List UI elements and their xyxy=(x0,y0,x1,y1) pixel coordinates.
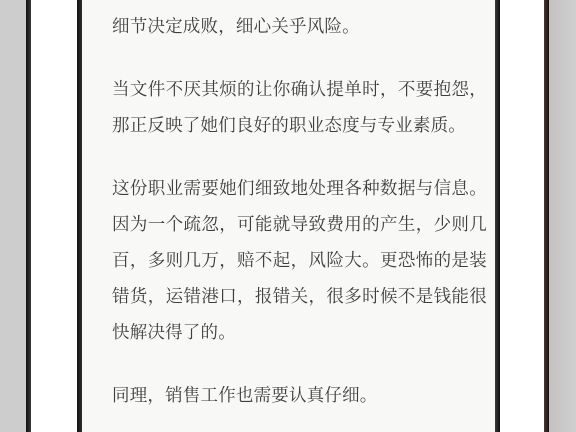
frame-mat-right xyxy=(500,0,544,432)
article-page: 细节决定成败，细心关乎风险。 当文件不厌其烦的让你确认提单时，不要抱怨，那正反映… xyxy=(82,0,495,432)
article-paragraph: 同理，销售工作也需要认真仔细。 xyxy=(112,377,487,413)
article-paragraph: 这份职业需要她们细致地处理各种数据与信息。因为一个疏忽，可能就导致费用的产生，少… xyxy=(112,170,487,350)
article-paragraph: 当文件不厌其烦的让你确认提单时，不要抱怨，那正反映了她们良好的职业态度与专业素质… xyxy=(112,71,487,143)
wall-background-left xyxy=(0,0,26,432)
article-paragraph: 细节决定成败，细心关乎风险。 xyxy=(112,8,487,44)
frame-mat-left xyxy=(31,0,77,432)
framed-article-view: 细节决定成败，细心关乎风险。 当文件不厌其烦的让你确认提单时，不要抱怨，那正反映… xyxy=(0,0,576,432)
wall-background-right xyxy=(549,0,576,432)
